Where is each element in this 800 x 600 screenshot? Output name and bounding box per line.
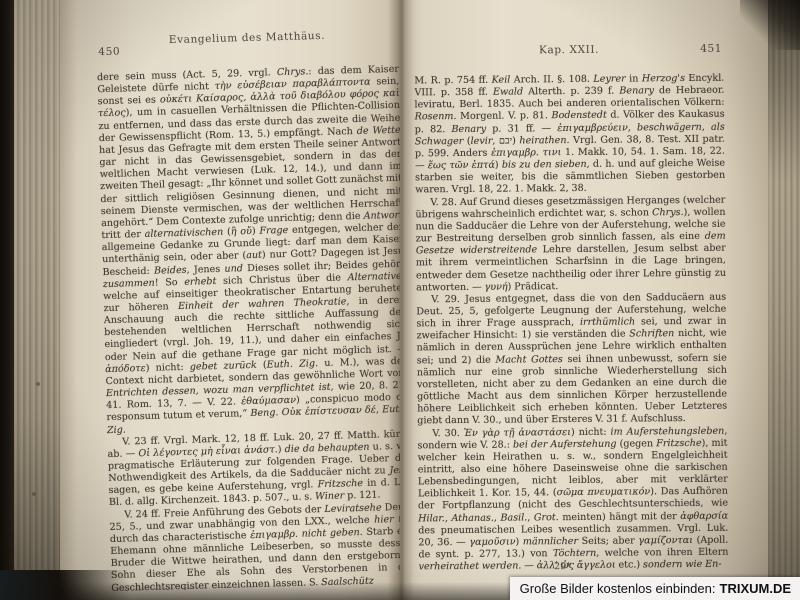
page-edges-right <box>768 0 800 600</box>
running-title-left: Evangelium des Matthäus. <box>96 28 398 48</box>
foxing-speck <box>32 492 36 496</box>
paragraph: V. 30. Ἐν γὰρ τῇ ἀναστάσει) nicht: im Au… <box>417 425 728 574</box>
paragraph: dere sein muss (Act. 5, 29. vrgl. Chrys.… <box>97 64 409 437</box>
watermark-banner: Große Bilder kostenlos einbinden: TRIXUM… <box>510 577 800 600</box>
left-page-header: 450 Evangelium des Matthäus. <box>96 34 398 60</box>
paragraph: M. R. p. 754 ff. Keil Arch. II. §. 108. … <box>414 73 725 197</box>
book-cover-spine <box>0 0 14 600</box>
running-title-right: Kap. XXII. <box>414 43 724 58</box>
paragraph: V. 23 ff. Vrgl. Mark. 12, 18 ff. Luk. 20… <box>107 428 411 509</box>
watermark-text: Große Bilder kostenlos einbinden: <box>520 581 716 596</box>
right-page-text: M. R. p. 754 ff. Keil Arch. II. §. 108. … <box>414 73 729 596</box>
foxing-speck <box>36 382 40 386</box>
paragraph: V. 24 ff. Freie Anführung des Gebots der… <box>109 501 413 592</box>
paragraph: V. 29. Jesus entgegnet, dass die von den… <box>416 291 727 427</box>
right-page-header: Kap. XXII. 451 <box>414 43 724 64</box>
paragraph: V. 28. Auf Grund dieses gesetzmässigen H… <box>415 194 726 294</box>
left-page-text: dere sein muss (Act. 5, 29. vrgl. Chrys.… <box>97 64 413 592</box>
watermark-brand: TRIXUM.DE <box>720 581 792 596</box>
book-gutter <box>388 0 414 600</box>
page-edges-left <box>14 0 60 600</box>
right-page: Kap. XXII. 451 M. R. p. 754 ff. Keil Arc… <box>400 0 768 600</box>
book-photo: 450 Evangelium des Matthäus. dere sein m… <box>0 0 800 600</box>
background-corner-top-right <box>740 0 800 50</box>
left-page: 450 Evangelium des Matthäus. dere sein m… <box>60 0 400 600</box>
cover-corner-bottom-left <box>0 570 150 600</box>
page-number-right: 451 <box>700 43 722 55</box>
